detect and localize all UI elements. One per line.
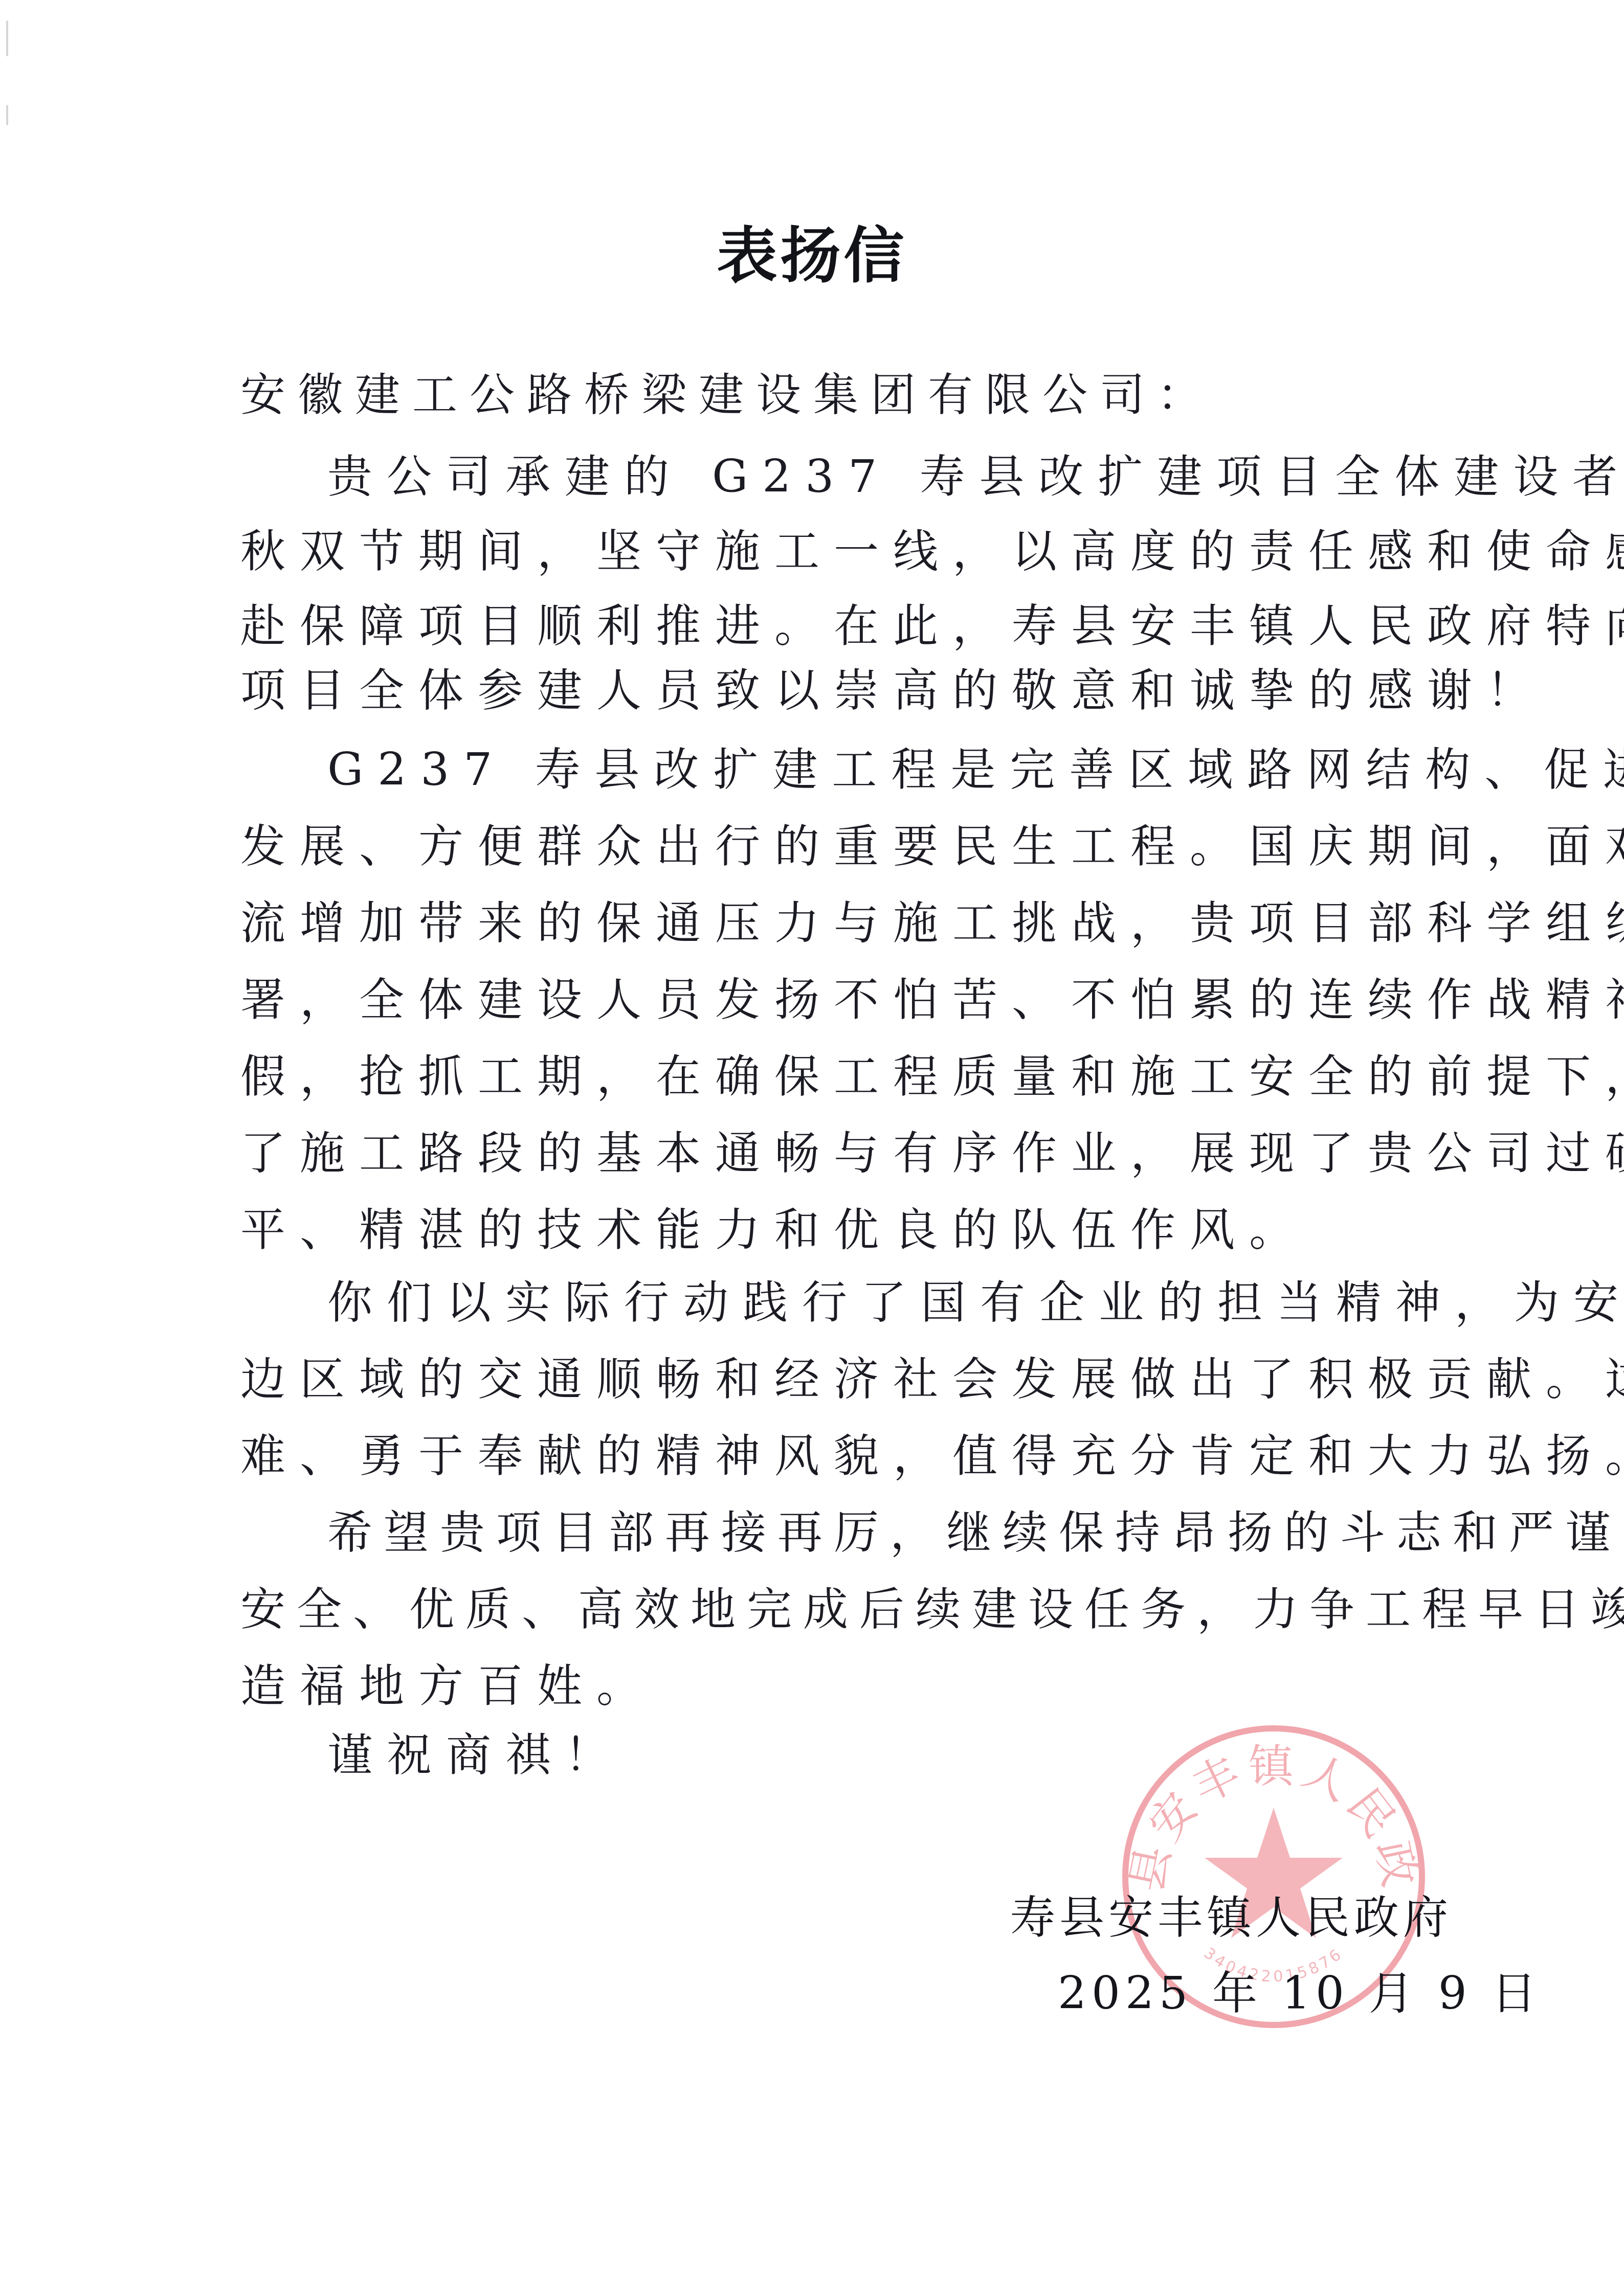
- paragraph-line: 项目全体参建人员致以崇高的敬意和诚挚的感谢！: [240, 660, 1386, 721]
- signature-date: 2025 年 10 月 9 日: [1058, 1963, 1416, 2024]
- paragraph-line: 希望贵项目部再接再厉，继续保持昂扬的斗志和严谨的作风，: [327, 1502, 1386, 1563]
- paragraph-line: 署，全体建设人员发扬不怕苦、不怕累的连续作战精神，放弃休: [240, 969, 1386, 1030]
- letter-page: 表扬信 安徽建工公路桥梁建设集团有限公司： 贵公司承建的 G237 寿县改扩建项…: [0, 0, 1624, 2296]
- paragraph-line: G237 寿县改扩建工程是完善区域路网结构、促进地方经济: [327, 739, 1386, 800]
- paragraph-line: 假，抢抓工期，在确保工程质量和施工安全的前提下，有力保障: [240, 1046, 1386, 1107]
- paragraph-line: 难、勇于奉献的精神风貌，值得充分肯定和大力弘扬。: [240, 1425, 1386, 1487]
- paragraph-line: 流增加带来的保通压力与施工挑战，贵项目部科学组织、周密部: [240, 892, 1386, 954]
- scan-edge-mark: [6, 20, 8, 56]
- letter-title: 表扬信: [0, 207, 1624, 294]
- paragraph-line: 边区域的交通顺畅和经济社会发展做出了积极贡献。这种攻坚克: [240, 1348, 1386, 1410]
- paragraph-line: 发展、方便群众出行的重要民生工程。国庆期间，面对车流、人: [240, 816, 1386, 877]
- paragraph-line: 秋双节期间，坚守施工一线，以高度的责任感和使命感，全力以: [240, 521, 1386, 582]
- paragraph-line: 你们以实际行动践行了国有企业的担当精神，为安丰镇及周: [327, 1272, 1386, 1333]
- paragraph-line: 造福地方百姓。: [240, 1655, 1386, 1717]
- paragraph-line: 赴保障项目顺利推进。在此，寿县安丰镇人民政府特向贵公司及: [240, 595, 1386, 657]
- paragraph-line: 安全、优质、高效地完成后续建设任务，力争工程早日竣工通车，: [240, 1579, 1386, 1640]
- scan-edge-mark: [6, 105, 8, 125]
- signature-issuer: 寿县安丰镇人民政府: [1010, 1887, 1399, 1948]
- paragraph-line: 平、精湛的技术能力和优良的队伍作风。: [240, 1199, 1386, 1260]
- paragraph-line: 贵公司承建的 G237 寿县改扩建项目全体建设者，在国庆中: [327, 446, 1386, 507]
- paragraph-line: 了施工路段的基本通畅与有序作业，展现了贵公司过硬的管理水: [240, 1122, 1386, 1184]
- salutation: 安徽建工公路桥梁建设集团有限公司：: [240, 364, 1386, 425]
